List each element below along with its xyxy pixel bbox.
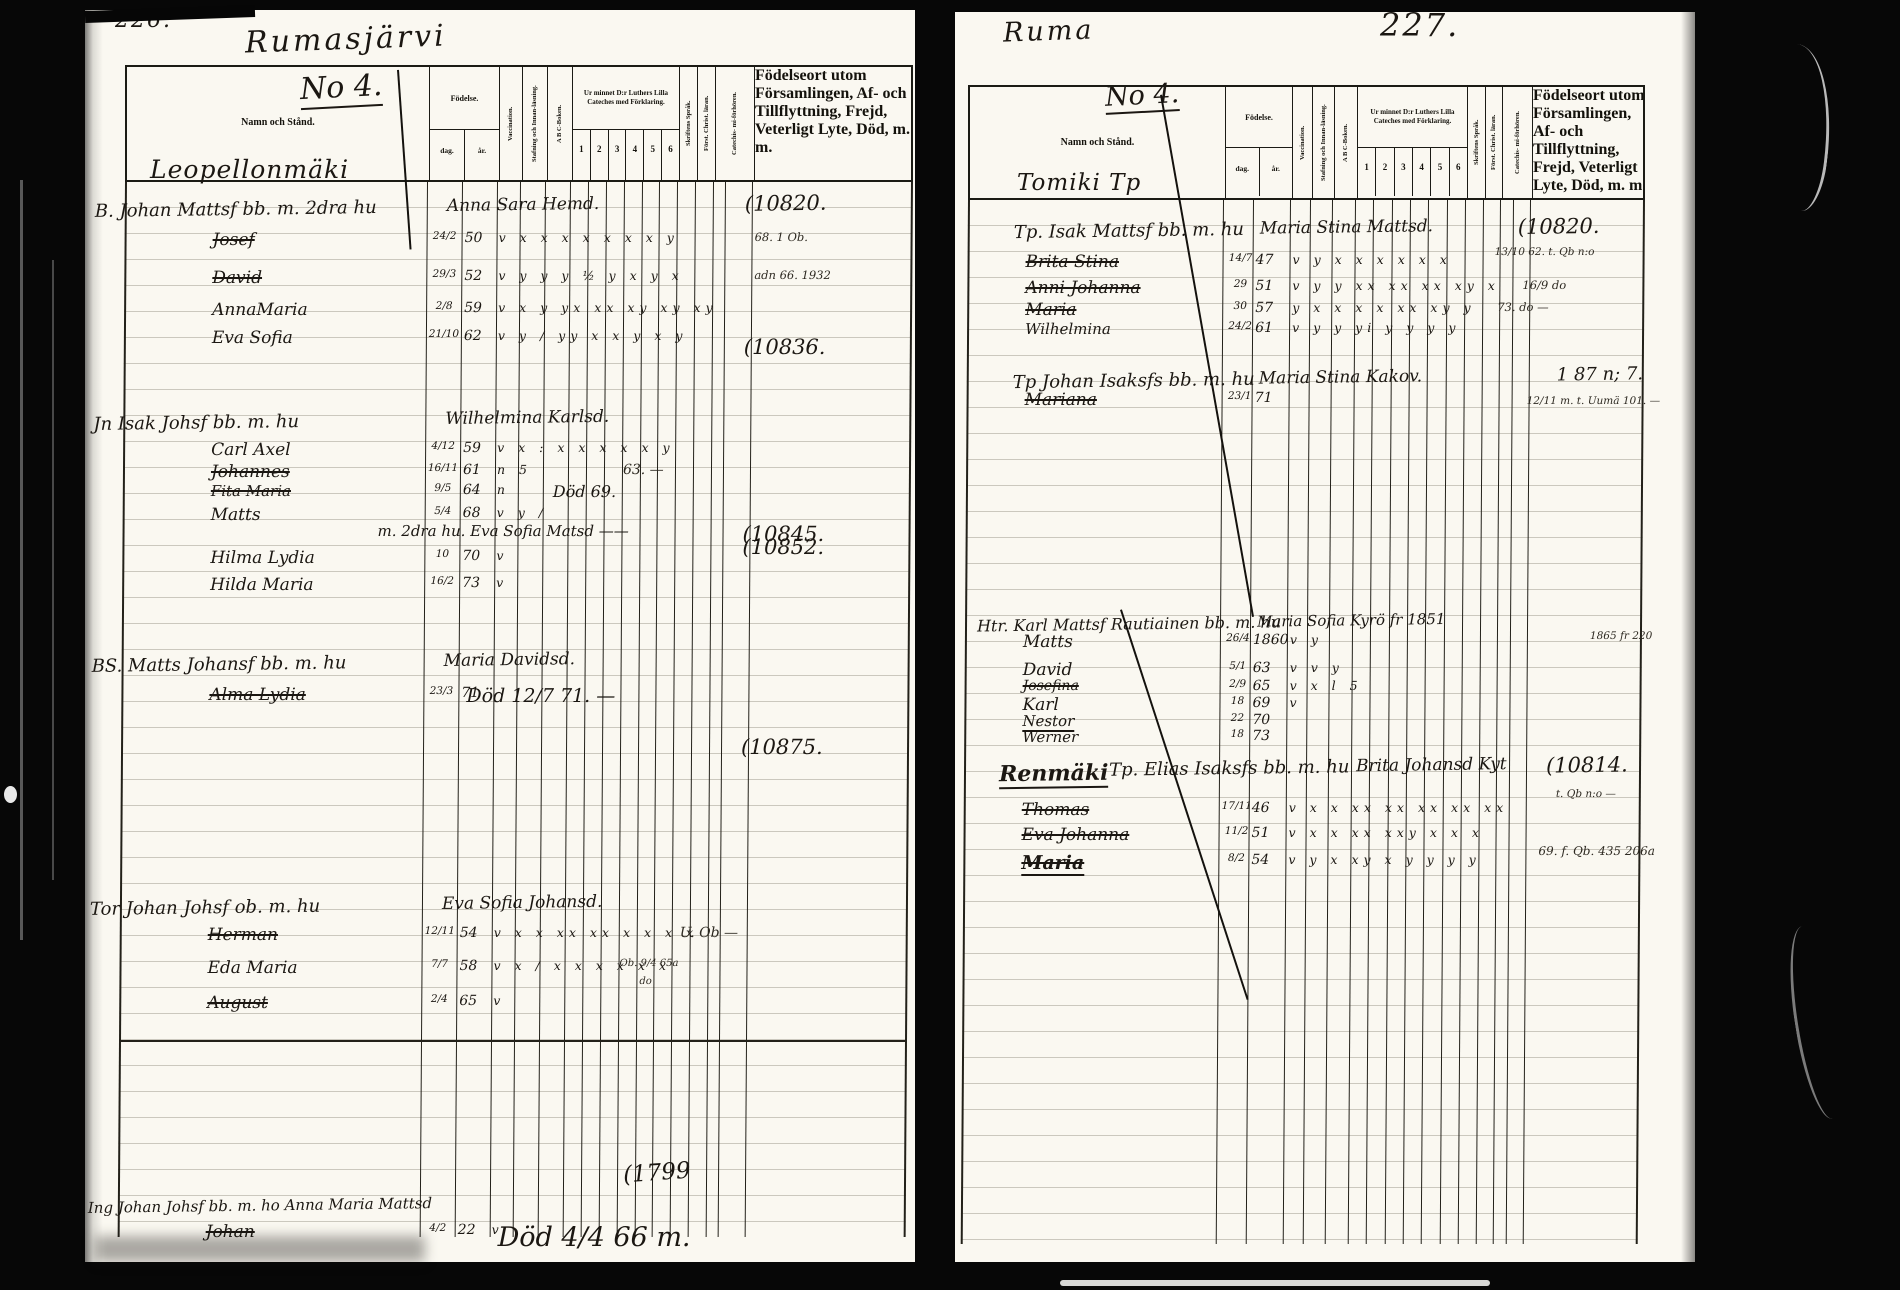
entry-marks: v bbox=[1289, 695, 1494, 710]
notes-col-label: Födelseort utom Församlingen, Af- och Ti… bbox=[1533, 87, 1645, 195]
entry-death-note: Död 69. bbox=[553, 482, 616, 501]
birth-year-label: år. bbox=[1259, 148, 1293, 196]
entry-name: Matts bbox=[1023, 632, 1073, 652]
catechism-col-6: 6 bbox=[661, 130, 679, 180]
margin-note-row: (10875. bbox=[121, 735, 909, 757]
family-group-head: Ing Johan Johsf bb. m. ho Anna Maria Mat… bbox=[118, 1188, 906, 1221]
entry-note: 63. — bbox=[623, 462, 664, 478]
birth-subrow: dag. år. bbox=[1226, 148, 1292, 196]
entry-name: AnnaMaria bbox=[212, 300, 308, 320]
parish-script-title: Rumasjärvi bbox=[244, 18, 447, 60]
scripture-label: Skriftens Språk. bbox=[685, 67, 692, 180]
entry-note: adn 66. 1932 bbox=[754, 268, 831, 282]
register-row: Herman 12/11 54 v x x xx xx x x x x U. O… bbox=[120, 925, 908, 947]
entry-birth-year: 65 bbox=[459, 993, 493, 1009]
spelling-label: Stafning och Innan-läsning. bbox=[1320, 87, 1327, 198]
entry-marks: v bbox=[493, 993, 707, 1008]
catechism-col-2: 2 bbox=[590, 130, 608, 180]
entry-birth-day: 16/11 bbox=[426, 462, 460, 474]
scripture-label: Skriftens Språk. bbox=[1473, 87, 1480, 198]
col-spelling-header: Stafning och Innan-läsning. bbox=[522, 67, 547, 180]
catechism-col-1: 1 bbox=[1358, 148, 1375, 196]
vaccination-label: Vaccination. bbox=[1299, 87, 1306, 198]
register-row: Hilda Maria 16/2 73 v bbox=[122, 575, 910, 597]
entry-death-note: Död 4/4 66 m. bbox=[498, 1222, 691, 1253]
entry-note: U. Ob — bbox=[680, 925, 738, 941]
family-group-head: Tor Johan Johsf ob. m. hu Eva Sofia Joha… bbox=[120, 888, 908, 921]
register-row: August 2/4 65 v bbox=[119, 993, 907, 1015]
entry-note: 69. f. Qb. 435 206a bbox=[1538, 844, 1655, 858]
scan-edge-streak bbox=[52, 260, 54, 880]
entry-name: Alma Lydia bbox=[209, 685, 306, 705]
group-margin-note: (10836. bbox=[744, 335, 826, 359]
birth-label: Födelse. bbox=[1226, 87, 1292, 148]
entry-name: Josefina bbox=[1023, 678, 1079, 694]
page-number-right: 227. bbox=[1380, 6, 1459, 44]
register-row: Johannes 16/11 61 n 5 63. — bbox=[123, 462, 911, 484]
entry-marks: v x x xx xx x x x x bbox=[494, 925, 708, 940]
entry-birth-year: 71 bbox=[1255, 390, 1289, 406]
register-row: Fita Maria 9/5 64 n Död 69. bbox=[123, 482, 911, 504]
register-row: Anni Johanna 29 51 v y y xx xx xx xy x 1… bbox=[967, 278, 1644, 300]
catechism-label: Ur minnet D:r Luthers Lilla Cateches med… bbox=[1358, 87, 1467, 148]
group-head-spouse: Maria Stina Kakov. bbox=[1259, 366, 1423, 388]
col-abc-header: A B C-Boken. bbox=[547, 67, 572, 180]
entry-marks: v x l 5 bbox=[1290, 678, 1495, 693]
entry-birth-day: 2/9 bbox=[1221, 678, 1255, 690]
entry-birth-year: 70 bbox=[1252, 712, 1286, 728]
catechism-col-4: 4 bbox=[1412, 148, 1430, 196]
register-row: Werner 18 73 bbox=[964, 728, 1641, 750]
family-group-head: Jn Isak Johsf bb. m. hu Wilhelmina Karls… bbox=[123, 402, 911, 435]
entry-marks: v y bbox=[1290, 632, 1495, 647]
entry-birth-day: 5/4 bbox=[426, 505, 460, 517]
register-row: Thomas 17/11 46 v x x xx xx xx xx xx bbox=[964, 800, 1641, 822]
group-head-text: Tp. Elias Isaksfs bb. m. hu bbox=[1109, 756, 1350, 780]
exam-label: Catechis- mi-förhören. bbox=[731, 67, 738, 180]
register-row: David 29/3 52 v y y y ½ y x y x adn 66. … bbox=[124, 268, 912, 290]
entry-birth-year: 59 bbox=[464, 300, 498, 316]
catechism-subrow: 1 2 3 4 5 6 bbox=[1358, 148, 1467, 196]
entry-name: Carl Axel bbox=[211, 440, 291, 460]
register-row: Mariana 23/1 71 bbox=[967, 390, 1644, 412]
group-margin-note: (10852. bbox=[742, 535, 824, 559]
entry-note: do bbox=[639, 976, 651, 987]
entry-marks: v y y yi y y y y bbox=[1292, 320, 1497, 335]
register-row: AnnaMaria 2/8 59 v x y yx xx xy xy xy bbox=[124, 300, 912, 322]
register-row: Maria 8/2 54 v y x xy x y y y y 69. f. Q… bbox=[963, 852, 1640, 874]
paper-crease-artifact bbox=[1758, 42, 1841, 213]
entry-birth-day: 9/5 bbox=[426, 482, 460, 494]
entry-name: David bbox=[1023, 660, 1073, 680]
entry-name: Johannes bbox=[211, 462, 290, 482]
col-vaccination-header: Vaccination. bbox=[1292, 87, 1312, 198]
entry-birth-year: 54 bbox=[1251, 852, 1285, 868]
margin-note-row: (10852. bbox=[122, 535, 910, 557]
group-margin-note: (10875. bbox=[741, 735, 823, 759]
register-row: Eda Maria 7/7 58 v x / x x x x x x Ob. 9… bbox=[119, 958, 907, 980]
entry-birth-year: 1860 bbox=[1253, 632, 1287, 648]
table-body: Tp. Isak Mattsf bb. m. hu Maria Stina Ma… bbox=[961, 200, 1645, 1244]
entry-birth-year: 58 bbox=[459, 958, 493, 974]
group-head-spouse: Wilhelmina Karlsd. bbox=[445, 407, 609, 429]
exam-label: Catechis- mi-förhören. bbox=[1514, 87, 1521, 198]
catechism-label: Ur minnet D:r Luthers Lilla Cateches med… bbox=[573, 67, 679, 130]
entry-name: Thomas bbox=[1022, 800, 1090, 820]
entry-birth-year: 51 bbox=[1255, 278, 1289, 294]
entry-birth-day: 17/11 bbox=[1220, 800, 1254, 812]
entry-birth-year: 57 bbox=[1255, 300, 1289, 316]
birth-label: Födelse. bbox=[430, 67, 499, 130]
entry-marks: v x x xx xx xx xx xx bbox=[1289, 800, 1494, 815]
paper-crease-artifact bbox=[1780, 923, 1855, 1123]
entry-note: 73. do — bbox=[1497, 300, 1548, 314]
entry-marks: v bbox=[496, 575, 710, 590]
entry-birth-day: 18 bbox=[1220, 695, 1254, 707]
group-head-spouse: Brita Johansd Kyt bbox=[1356, 754, 1507, 776]
catechism-col-2: 2 bbox=[1375, 148, 1393, 196]
entry-name: Maria bbox=[1021, 852, 1084, 876]
entry-name: David bbox=[212, 268, 262, 288]
entry-birth-year: 61 bbox=[1255, 320, 1289, 336]
entry-name: Maria bbox=[1025, 300, 1076, 320]
catechism-col-6: 6 bbox=[1449, 148, 1467, 196]
entry-name: Mariana bbox=[1025, 390, 1097, 410]
parish-script-title: Ruma bbox=[1002, 14, 1094, 48]
entry-birth-year: 69 bbox=[1252, 695, 1286, 711]
group-head-text: Ing Johan Johsf bb. m. ho Anna Maria Mat… bbox=[88, 1194, 432, 1217]
group-head-spouse: Anna Sara Hemd. bbox=[447, 194, 600, 216]
group-margin-note-2: t. Qb n:o — bbox=[1556, 788, 1616, 800]
entry-birth-day: 23/3 bbox=[424, 685, 458, 697]
left-page: 226. Rumasjärvi No 4. Namn och Stånd. Fö… bbox=[85, 10, 915, 1262]
register-row: Brita Stina 14/7 47 v y x x x x x x 13/1… bbox=[967, 252, 1644, 274]
col-abc-header: A B C-Boken. bbox=[1334, 87, 1357, 198]
place-name: Leopellonmäki bbox=[150, 155, 349, 184]
place-name: Tomiki Tp bbox=[1017, 170, 1141, 196]
entry-birth-day: 29/3 bbox=[427, 268, 461, 280]
entry-marks: v x x xx xxy x x x bbox=[1289, 825, 1494, 840]
catechism-col-4: 4 bbox=[625, 130, 643, 180]
entry-marks: v y y y ½ y x y x bbox=[498, 268, 712, 283]
entry-birth-day: 16/2 bbox=[425, 575, 459, 587]
entry-death-note: Död 12/7 71. — bbox=[466, 685, 615, 707]
group-margin-note: (10820. bbox=[745, 191, 827, 216]
entry-marks: v y y xx xx xx xy x bbox=[1292, 278, 1497, 293]
register-row: Matts 26/4 1860 v y bbox=[965, 632, 1642, 654]
vaccination-label: Vaccination. bbox=[507, 67, 514, 180]
entry-note: 68. 1 Ob. bbox=[755, 230, 808, 244]
entry-birth-day: 5/1 bbox=[1221, 660, 1255, 672]
entry-birth-day: 12/11 bbox=[423, 925, 457, 937]
group-head-text: Tp. Isak Mattsf bb. m. hu bbox=[1014, 219, 1244, 243]
birth-day-label: dag. bbox=[1226, 148, 1259, 196]
name-col-label: Namn och Stånd. bbox=[127, 117, 429, 128]
entry-birth-year: 64 bbox=[463, 482, 497, 498]
entry-birth-day: 7/7 bbox=[422, 958, 456, 970]
group-margin-note: (1799 bbox=[622, 1158, 691, 1189]
entry-marks: v x : x x x x x y bbox=[497, 440, 711, 455]
entry-birth-day: 22 bbox=[1220, 712, 1254, 724]
family-group-head: B. Johan Mattsf bb. m. 2dra hu Anna Sara… bbox=[125, 189, 913, 222]
entry-birth-year: 61 bbox=[463, 462, 497, 478]
register-row: Carl Axel 4/12 59 v x : x x x x x y bbox=[123, 440, 911, 462]
birth-day-label: dag. bbox=[430, 130, 464, 180]
entry-marks: v y x xy x y y y y bbox=[1288, 852, 1493, 867]
entry-birth-year: 54 bbox=[460, 925, 494, 941]
entry-birth-year: 51 bbox=[1252, 825, 1286, 841]
entry-name: Hilda Maria bbox=[210, 575, 314, 595]
entry-birth-day: 24/2 bbox=[1223, 320, 1257, 332]
group-head-text: B. Johan Mattsf bb. m. 2dra hu bbox=[95, 197, 377, 222]
scan-hole-artifact bbox=[4, 786, 17, 803]
col-christianity-header: Först. Christ. läran. bbox=[1485, 87, 1502, 198]
entry-name: Brita Stina bbox=[1025, 252, 1119, 272]
register-row: Alma Lydia 23/3 71 Död 12/7 71. — bbox=[121, 685, 909, 707]
entry-birth-day: 4/12 bbox=[426, 440, 460, 452]
entry-birth-day: 8/2 bbox=[1219, 852, 1253, 864]
entry-birth-year: 73 bbox=[1252, 728, 1286, 744]
place-name: Renmäki bbox=[999, 760, 1109, 790]
group-head-text: Tor Johan Johsf ob. m. hu bbox=[90, 896, 320, 920]
col-vaccination-header: Vaccination. bbox=[499, 67, 522, 180]
entry-birth-day: 18 bbox=[1220, 728, 1254, 740]
entry-name: Eva Johanna bbox=[1021, 825, 1129, 845]
birth-subrow: dag. år. bbox=[430, 130, 499, 180]
register-row: Maria 30 57 y x x x x xx xy y 73. do — bbox=[967, 300, 1644, 322]
family-group-head: BS. Matts Johansf bb. m. hu Maria Davids… bbox=[122, 645, 910, 678]
entry-marks: v y / bbox=[497, 505, 711, 520]
catechism-col-5: 5 bbox=[643, 130, 661, 180]
entry-birth-year: 47 bbox=[1256, 252, 1290, 268]
entry-note: Ob. 9/4 65a bbox=[620, 958, 679, 969]
entry-marks: v v y bbox=[1290, 660, 1495, 675]
catechism-subrow: 1 2 3 4 5 6 bbox=[573, 130, 679, 180]
entry-marks: v y x x x x x x bbox=[1293, 252, 1498, 267]
group-margin-note: (10814. bbox=[1546, 752, 1628, 777]
entry-birth-year: 68 bbox=[463, 505, 497, 521]
entry-birth-day: 24/2 bbox=[428, 230, 462, 242]
abc-label: A B C-Boken. bbox=[1342, 87, 1349, 198]
col-catechism-header: Ur minnet D:r Luthers Lilla Cateches med… bbox=[1357, 87, 1467, 198]
scan-edge-sliver bbox=[1060, 1280, 1490, 1286]
entry-marks: v x x x x x x x y bbox=[499, 230, 713, 245]
entry-name: Wilhelmina bbox=[1025, 320, 1111, 338]
name-col-label: Namn och Stånd. bbox=[970, 137, 1225, 148]
col-notes-header: Födelseort utom Församlingen, Af- och Ti… bbox=[754, 67, 913, 180]
birth-year-label: år. bbox=[464, 130, 499, 180]
entry-name: Eda Maria bbox=[207, 958, 297, 978]
entry-birth-day: 29 bbox=[1223, 278, 1257, 290]
entry-name: Fita Maria bbox=[211, 482, 291, 500]
col-birth-header: Födelse. dag. år. bbox=[1225, 87, 1292, 198]
entry-birth-day: 23/1 bbox=[1223, 390, 1257, 402]
entry-birth-year: 50 bbox=[465, 230, 499, 246]
entry-name: Werner bbox=[1022, 728, 1078, 746]
entry-name: Anni Johanna bbox=[1025, 278, 1140, 298]
entry-name: August bbox=[207, 993, 268, 1013]
entry-birth-day: 14/7 bbox=[1224, 252, 1258, 264]
group-head-text: BS. Matts Johansf bb. m. hu bbox=[92, 652, 347, 677]
col-scripture-header: Skriftens Språk. bbox=[1467, 87, 1485, 198]
margin-note-row: (1799 bbox=[118, 1160, 906, 1182]
catechism-col-1: 1 bbox=[573, 130, 590, 180]
col-scripture-header: Skriftens Språk. bbox=[679, 67, 697, 180]
group-head-spouse: Maria Sofia Kyrö fr 1851 bbox=[1257, 610, 1445, 631]
scan-smudge bbox=[95, 1236, 425, 1262]
entry-birth-year: 22 bbox=[458, 1222, 492, 1238]
group-head-spouse: Maria Davidsd. bbox=[444, 649, 575, 671]
entry-birth-year: 73 bbox=[462, 575, 496, 591]
register-row: Josef 24/2 50 v x x x x x x x y 68. 1 Ob… bbox=[125, 230, 913, 252]
entry-birth-day: 30 bbox=[1223, 300, 1257, 312]
notes-col-label: Födelseort utom Församlingen, Af- och Ti… bbox=[755, 67, 913, 157]
entry-name: Josef bbox=[213, 230, 255, 250]
entry-marks: y x x x x xx xy y bbox=[1292, 300, 1497, 315]
scan-edge-streak bbox=[20, 180, 23, 940]
catechism-col-3: 3 bbox=[1394, 148, 1412, 196]
col-notes-header: Födelseort utom Församlingen, Af- och Ti… bbox=[1532, 87, 1645, 198]
family-group-head: Tp. Isak Mattsf bb. m. hu Maria Stina Ma… bbox=[968, 213, 1645, 244]
entry-name: Herman bbox=[208, 925, 278, 945]
group-head-text: Jn Isak Johsf bb. m. hu bbox=[93, 411, 299, 435]
col-christianity-header: Först. Christ. läran. bbox=[697, 67, 715, 180]
register-row: Wilhelmina 24/2 61 v y y yi y y y y bbox=[967, 320, 1644, 342]
entry-note: 16/9 do bbox=[1522, 278, 1566, 292]
entry-marks: n 5 bbox=[497, 462, 711, 477]
entry-birth-year: 59 bbox=[463, 440, 497, 456]
catechism-col-5: 5 bbox=[1430, 148, 1448, 196]
col-catechism-header: Ur minnet D:r Luthers Lilla Cateches med… bbox=[572, 67, 679, 180]
margin-note-row: (10836. bbox=[124, 335, 912, 357]
entry-birth-day: 2/4 bbox=[422, 993, 456, 1005]
entry-birth-year: 65 bbox=[1253, 678, 1287, 694]
spelling-label: Stafning och Innan-läsning. bbox=[531, 67, 538, 180]
col-exam-header: Catechis- mi-förhören. bbox=[715, 67, 754, 180]
entry-birth-year: 63 bbox=[1253, 660, 1287, 676]
catechism-col-3: 3 bbox=[608, 130, 626, 180]
group-head-spouse: Maria Stina Mattsd. bbox=[1260, 216, 1433, 238]
family-group-head: Renmäki Tp. Elias Isaksfs bb. m. hu Brit… bbox=[964, 752, 1641, 783]
scanned-register-spread: 226. Rumasjärvi No 4. Namn och Stånd. Fö… bbox=[0, 0, 1900, 1290]
abc-label: A B C-Boken. bbox=[556, 67, 563, 180]
group-margin-note: 1 87 n; 7. bbox=[1557, 363, 1644, 385]
col-birth-header: Födelse. dag. år. bbox=[429, 67, 499, 180]
entry-birth-day: 11/2 bbox=[1220, 825, 1254, 837]
entry-note: 13/10 62. t. Qb n:o bbox=[1495, 246, 1595, 258]
group-head-spouse: Eva Sofia Johansd. bbox=[442, 892, 603, 914]
entry-marks: v x y yx xx xy xy xy bbox=[498, 300, 712, 315]
right-page: 227. Ruma No 4. Namn och Stånd. Födelse.… bbox=[955, 12, 1695, 1262]
col-exam-header: Catechis- mi-förhören. bbox=[1502, 87, 1532, 198]
entry-birth-day: 26/4 bbox=[1221, 632, 1255, 644]
col-spelling-header: Stafning och Innan-läsning. bbox=[1312, 87, 1334, 198]
table-body: B. Johan Mattsf bb. m. 2dra hu Anna Sara… bbox=[118, 182, 913, 1237]
group-margin-note: (10820. bbox=[1518, 214, 1600, 239]
entry-birth-day: 2/8 bbox=[427, 300, 461, 312]
christianity-label: Först. Christ. läran. bbox=[1490, 87, 1497, 198]
entry-birth-day: 4/2 bbox=[421, 1222, 455, 1234]
entry-birth-year: 46 bbox=[1252, 800, 1286, 816]
entry-birth-year: 52 bbox=[464, 268, 498, 284]
christianity-label: Först. Christ. läran. bbox=[703, 67, 710, 180]
